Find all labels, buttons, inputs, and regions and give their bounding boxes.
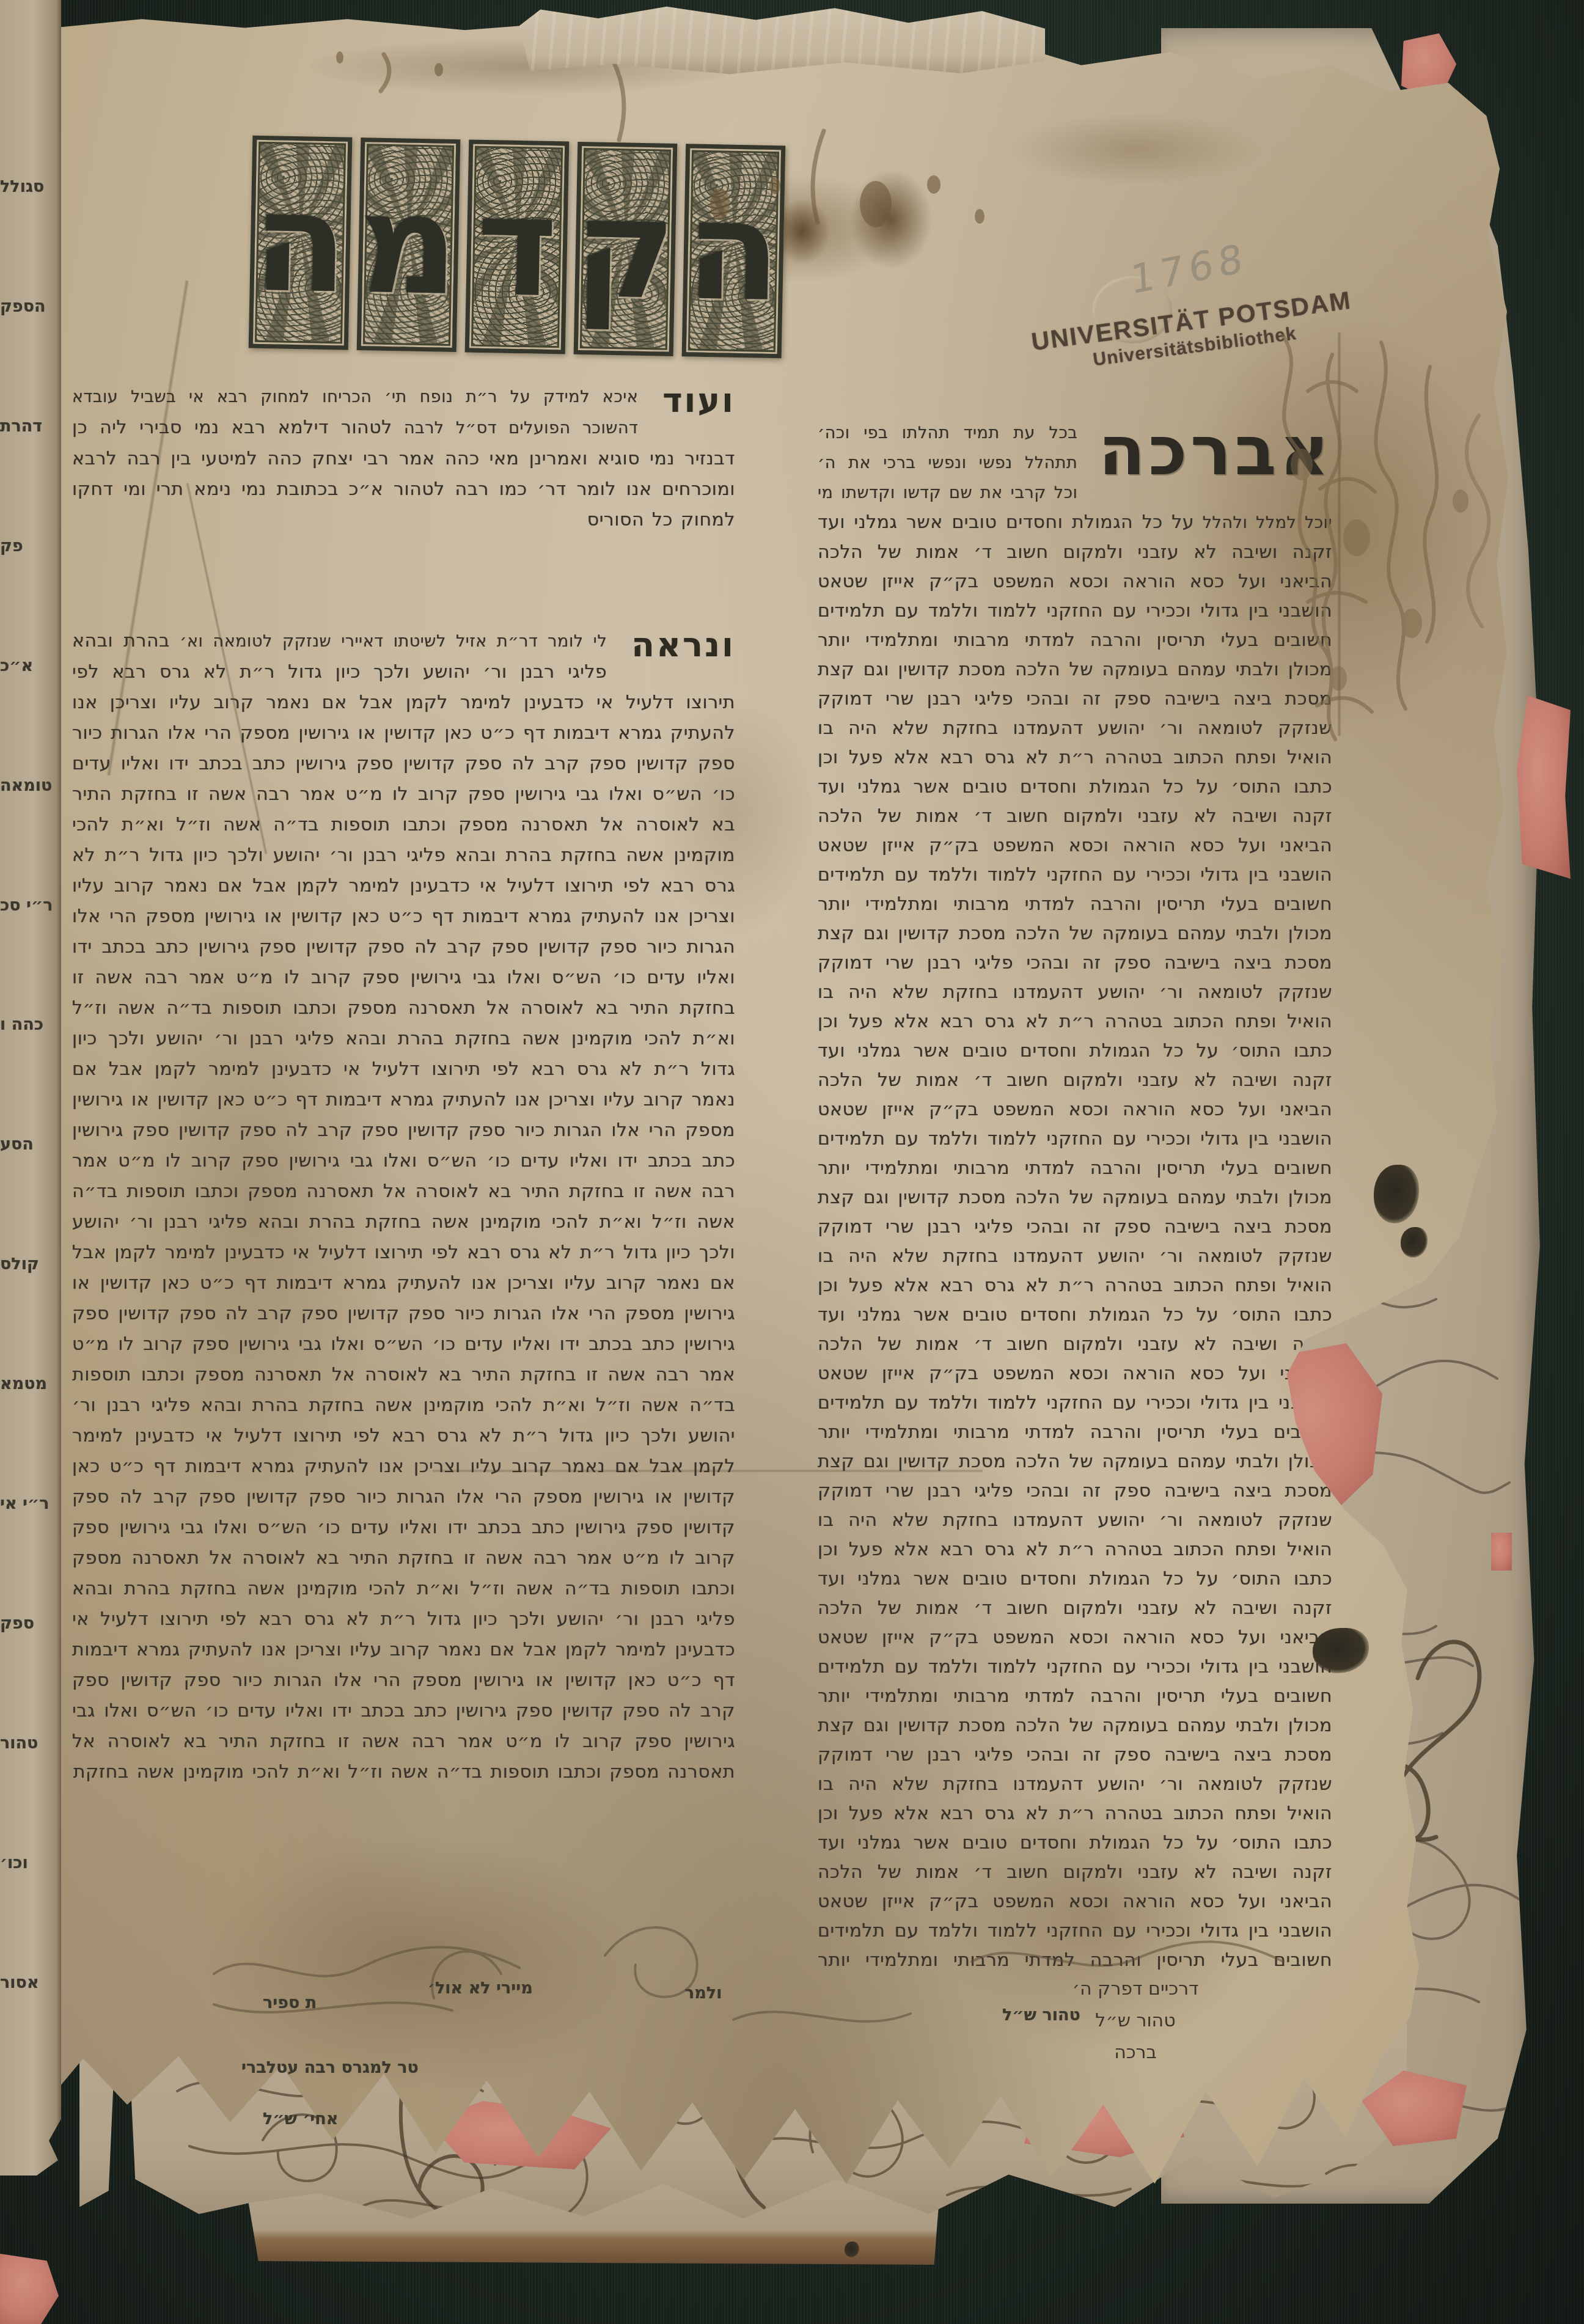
gutter-strip-previous-leaf: סגוללהספקדהרתפקא״כטומאהר״י סככהה והסעקול… bbox=[0, 0, 61, 2176]
right-text-column: אברכהבכל עת תמיד תהלתו בפי וכה׳ תתהלל נפ… bbox=[818, 418, 1332, 1970]
ornamental-title-hakdamah: המדקה bbox=[249, 136, 786, 359]
section-lead-text: לי לומר דר״ת אזיל לשיטתו דאיירי שנזקק לט… bbox=[170, 632, 607, 651]
gutter-fragment: ספק bbox=[0, 1614, 34, 1633]
gutter-text-fragments: סגוללהספקדהרתפקא״כטומאהר״י סככהה והסעקול… bbox=[0, 177, 57, 1992]
text-section: ועודאיכא למידק על ר״ת נופח תי׳ הכריחו למ… bbox=[72, 381, 735, 626]
opening-headword: אברכה bbox=[1098, 418, 1332, 484]
gutter-fragment: טהור bbox=[0, 1734, 38, 1753]
title-letter: ד bbox=[469, 144, 565, 350]
section-headword: ונראה bbox=[631, 626, 735, 664]
gutter-fragment: פק bbox=[0, 537, 23, 555]
scanned-book-page: סגוללהספקדהרתפקא״כטומאהר״י סככהה והסעקול… bbox=[0, 0, 1584, 2324]
print-fragment: מיירי לא אול׳ bbox=[428, 1979, 533, 1998]
section-body-text: בהרת ובהא פליגי רבנן ור׳ יהושע ולכך כיון… bbox=[72, 630, 735, 1783]
gutter-fragment: סגולל bbox=[0, 177, 44, 196]
gutter-fragment: הספק bbox=[0, 297, 46, 316]
gutter-fragment: כהה ו bbox=[0, 1015, 43, 1034]
gutter-fragment: וכו׳ bbox=[0, 1853, 28, 1872]
title-letter-block: ק bbox=[573, 142, 677, 356]
tail-line: טהור ש״ל bbox=[940, 2005, 1331, 2037]
title-letter: ה bbox=[686, 148, 782, 354]
tail-line: דרכיים דפרק ה׳ bbox=[940, 1973, 1331, 2005]
fold-line bbox=[1337, 332, 1341, 736]
tail-line: ברכה bbox=[940, 2037, 1331, 2069]
gutter-fragment: מטמא bbox=[0, 1374, 47, 1393]
text-section: ונראהלי לומר דר״ת אזיל לשיטתו דאיירי שנז… bbox=[72, 626, 735, 2050]
print-fragment: טהור ש״ל bbox=[1002, 2006, 1080, 2025]
gutter-fragment: ר״י אי bbox=[0, 1494, 49, 1513]
pink-endpaper-patch bbox=[0, 2254, 59, 2324]
print-fragment: ולמר bbox=[684, 1984, 722, 2003]
gutter-fragment: הסע bbox=[0, 1135, 34, 1154]
title-letter: מ bbox=[361, 142, 457, 348]
gutter-fragment: דהרת bbox=[0, 417, 42, 436]
section-headword: ועוד bbox=[662, 381, 735, 419]
gutter-fragment: ר״י סכ bbox=[0, 896, 53, 915]
gutter-fragment: טומאה bbox=[0, 776, 52, 795]
print-fragment: טר למגרס רבה עטלברי bbox=[241, 2058, 419, 2077]
opening-body-text: על כל הגמולת וחסדים טובים אשר גמלני ועד … bbox=[818, 511, 1332, 1970]
right-column-tail-lines: דרכיים דפרק ה׳טהור ש״לברכה bbox=[940, 1973, 1331, 2069]
title-letter-block: מ bbox=[357, 137, 461, 352]
title-letter: ק bbox=[577, 146, 673, 352]
pink-endpaper-patch bbox=[1517, 695, 1571, 879]
stain bbox=[1007, 112, 1264, 186]
print-fragment: ת ספיר bbox=[263, 1993, 317, 2012]
title-letter-block: ה bbox=[249, 136, 353, 350]
left-text-column: ועודאיכא למידק על ר״ת נופח תי׳ הכריחו למ… bbox=[72, 381, 735, 2056]
stain bbox=[848, 167, 934, 271]
pink-endpaper-patch bbox=[1491, 1533, 1512, 1571]
title-letter-block: ה bbox=[681, 144, 785, 358]
gutter-fragment: אסור bbox=[0, 1973, 39, 1992]
main-page: המדקה ועודאיכא למידק על ר״ת נופח תי׳ הכר… bbox=[54, 15, 1522, 2215]
title-letter-block: ד bbox=[465, 139, 569, 354]
title-letter: ה bbox=[253, 140, 348, 346]
gutter-fragment: קולס bbox=[0, 1255, 39, 1274]
gutter-fragment: א״כ bbox=[0, 656, 33, 675]
print-fragment: אחי׳ ש״ל bbox=[263, 2110, 339, 2128]
